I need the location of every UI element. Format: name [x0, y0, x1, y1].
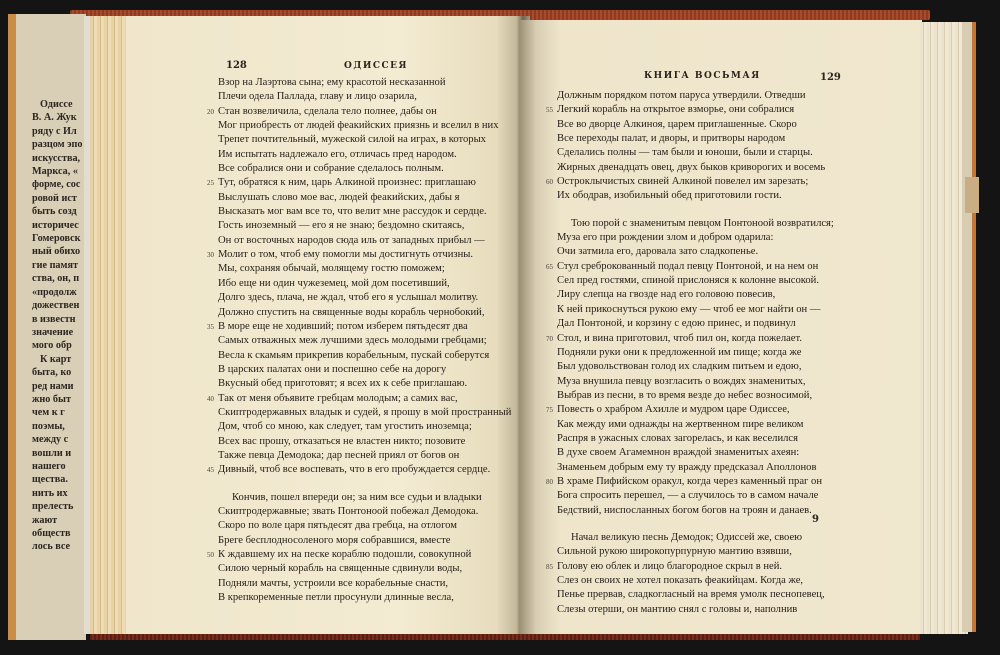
- verse-line: Бога спросить перешел, — а случилось то …: [557, 489, 834, 503]
- verse-line: Как между ими однажды на жертвенном пире…: [557, 418, 834, 432]
- verse-line: Мы, сохраняя обычай, молящему гостю помо…: [218, 262, 511, 276]
- verse-text: Был удовольствован голод их сладким пить…: [557, 361, 802, 372]
- jacket-line: мого обр: [32, 339, 82, 352]
- verse-line: Мог приобресть от людей феакийских прияз…: [218, 119, 511, 133]
- verse-line: Выбрав из песни, в то время везде до неб…: [557, 389, 834, 403]
- line-number: 85: [539, 560, 553, 574]
- verse-text: Стан возвеличила, сделала тело полнее, д…: [218, 106, 437, 117]
- verse-line: Их ободрав, изобильный обед приготовили …: [557, 189, 834, 203]
- verse-line: 75Повесть о храбром Ахилле и мудром царе…: [557, 403, 834, 417]
- verse-line: Самых отважных меж лучшими здесь молодым…: [218, 334, 511, 348]
- verse-line: Скоро по воле царя пятьдесят два гребца,…: [218, 519, 511, 533]
- jacket-line: обществ: [32, 527, 82, 540]
- verse-text: Скоро по воле царя пятьдесят два гребца,…: [218, 520, 457, 531]
- verse-line: Все собралися они и собрание сделалось п…: [218, 162, 511, 176]
- jacket-line: Гомеровск: [32, 232, 82, 245]
- jacket-line: значение: [32, 326, 82, 339]
- verse-line: 65Стул среброкованный подал певцу Понтон…: [557, 260, 834, 274]
- verse-text: Вкусный обед приготовят; я всех их к себ…: [218, 378, 467, 389]
- jacket-line: ства, он, п: [32, 272, 82, 285]
- verse-text: Жирных двенадцать овец, двух быков криво…: [557, 162, 825, 173]
- verse-text: Весла к скамьям прикрепив корабельным, п…: [218, 350, 489, 361]
- jacket-line: дожествен: [32, 299, 82, 312]
- verse-line: Гость иноземный — его я не знаю; бездомн…: [218, 219, 511, 233]
- verse-text: Кончив, пошел впереди он; за ним все суд…: [218, 492, 482, 503]
- verse-line: 80В храме Пифийском оракул, когда через …: [557, 475, 834, 489]
- verse-text: Сильной рукою широкопурпурную мантию взя…: [557, 546, 792, 557]
- verse-text: Дал Понтоной, и корзину с едою принес, и…: [557, 318, 796, 329]
- verse-line: Начал великую песнь Демодок; Одиссей же,…: [557, 531, 834, 545]
- verse-line: Слез он своих не хотел показать феакийца…: [557, 574, 834, 588]
- verse-line: Был удовольствован голод их сладким пить…: [557, 360, 834, 374]
- verse-line: Подняли руки они к предложенной им пище;…: [557, 346, 834, 360]
- verse-line: Взор на Лаэртова сына; ему красотой неск…: [218, 76, 511, 90]
- verse-text: Слезы отерши, он мантию снял с головы и,…: [557, 604, 797, 615]
- verse-line: Тою порой с знаменитым певцом Понтоноой …: [557, 217, 834, 231]
- verse-text: Очи затмила его, даровала зато сладкопен…: [557, 246, 758, 257]
- verse-text: Бедствий, ниспосланных богом богов на тр…: [557, 505, 812, 516]
- open-book-scan: ОдиссеВ. А. Жукряду с Илразцом эпоискусс…: [0, 0, 1000, 655]
- jacket-line: вошли и: [32, 447, 82, 460]
- verse-text: В храме Пифийском оракул, когда через ка…: [557, 476, 822, 487]
- jacket-line: ред нами: [32, 380, 82, 393]
- verse-line: В духе своем Агамемнон враждой знамениты…: [557, 446, 834, 460]
- verse-line: 45Дивный, чтоб все воспевать, что в его …: [218, 463, 511, 477]
- verse-line: Весла к скамьям прикрепив корабельным, п…: [218, 349, 511, 363]
- verse-line: Дом, чтоб со мною, как следует, там угос…: [218, 420, 511, 434]
- verse-line: Силою черный корабль на священные сдвину…: [218, 562, 511, 576]
- left-page: 128 ОДИССЕЯ Взор на Лаэртова сына; ему к…: [126, 16, 520, 634]
- verse-text: Дом, чтоб со мною, как следует, там угос…: [218, 421, 472, 432]
- verse-line: Высказать мог вам все то, что велит мне …: [218, 205, 511, 219]
- verse-line: 70Стол, и вина приготовил, чтоб пил он, …: [557, 332, 834, 346]
- left-page-text: Взор на Лаэртова сына; ему красотой неск…: [218, 76, 511, 605]
- verse-text: Трепет почтительный, мужеской силой на и…: [218, 134, 486, 145]
- verse-text: Высказать мог вам все то, что велит мне …: [218, 206, 487, 217]
- line-number: 50: [200, 548, 214, 562]
- jacket-line: ровой ист: [32, 192, 82, 205]
- jacket-line: между с: [32, 433, 82, 446]
- verse-text: Всех вас прошу, отказаться не властен ни…: [218, 436, 465, 447]
- verse-text: Также певца Демодока; дар песней приял о…: [218, 450, 459, 461]
- verse-line: К ней прикоснуться рукою ему — чтоб ее м…: [557, 303, 834, 317]
- verse-line: Распря в ужасных словах загорелась, и ка…: [557, 432, 834, 446]
- jacket-line: быть созд: [32, 205, 82, 218]
- dust-jacket-flap-text: ОдиссеВ. А. Жукряду с Илразцом эпоискусс…: [32, 98, 82, 554]
- verse-text: Распря в ужасных словах загорелась, и ка…: [557, 433, 798, 444]
- page-number-right: 129: [820, 72, 841, 83]
- verse-line: Все во дворце Алкиноя, царем приглашенны…: [557, 118, 834, 132]
- verse-line: Вкусный обед приготовят; я всех их к себ…: [218, 377, 511, 391]
- line-number: 65: [539, 260, 553, 274]
- line-number: 40: [200, 392, 214, 406]
- verse-text: Повесть о храбром Ахилле и мудром царе О…: [557, 404, 790, 415]
- verse-line: Выслушать слово мое вас, людей феакийски…: [218, 191, 511, 205]
- verse-line: Сел пред гостями, спиной прислоняся к ко…: [557, 274, 834, 288]
- jacket-line: щества.: [32, 473, 82, 486]
- verse-text: В море еще не ходивший; потом изберем пя…: [218, 321, 468, 332]
- line-number: 70: [539, 332, 553, 346]
- jacket-line: ряду с Ил: [32, 125, 82, 138]
- jacket-line: лось все: [32, 540, 82, 553]
- verse-text: Знаменьем добрым ему ту вражду предсказа…: [557, 462, 816, 473]
- verse-line: Муза его при рождении злом и добром одар…: [557, 231, 834, 245]
- jacket-line: историчес: [32, 219, 82, 232]
- line-number: 60: [539, 175, 553, 189]
- verse-line: Муза внушила певцу возгласить о вождях з…: [557, 375, 834, 389]
- verse-text: Самых отважных меж лучшими здесь молодым…: [218, 335, 487, 346]
- verse-line: 50К ждавшему их на песке кораблю подошли…: [218, 548, 511, 562]
- verse-text: Должным порядком потом паруса утвердили.…: [557, 90, 806, 101]
- line-number: 80: [539, 475, 553, 489]
- verse-line: 40Так от меня объявите гребцам молодым; …: [218, 392, 511, 406]
- verse-line: Бедствий, ниспосланных богом богов на тр…: [557, 504, 834, 518]
- jacket-line: прелесть: [32, 500, 82, 513]
- verse-text: Плечи одела Паллада, главу и лицо озарил…: [218, 91, 417, 102]
- verse-text: Как между ими однажды на жертвенном пире…: [557, 419, 804, 430]
- line-number: 45: [200, 463, 214, 477]
- verse-line: Скиптродержавные; звать Понтоноой побежа…: [218, 505, 511, 519]
- verse-line: Сильной рукою широкопурпурную мантию взя…: [557, 545, 834, 559]
- verse-text: Дивный, чтоб все воспевать, что в его пр…: [218, 464, 490, 475]
- verse-line: Он от восточных народов сюда иль от запа…: [218, 234, 511, 248]
- jacket-line: жно быт: [32, 393, 82, 406]
- verse-line: Трепет почтительный, мужеской силой на и…: [218, 133, 511, 147]
- jacket-line: быта, ко: [32, 366, 82, 379]
- jacket-line: нашего: [32, 460, 82, 473]
- verse-line: Бреге бесплодносоленого моря собравшися,…: [218, 534, 511, 548]
- jacket-line: «продолж: [32, 286, 82, 299]
- verse-line: Дал Понтоной, и корзину с едою принес, и…: [557, 317, 834, 331]
- verse-line: Сделались полны — там были и юноши, были…: [557, 146, 834, 160]
- verse-text: Мы, сохраняя обычай, молящему гостю помо…: [218, 263, 445, 274]
- verse-text: Их ободрав, изобильный обед приготовили …: [557, 190, 782, 201]
- jacket-line: ный обихо: [32, 245, 82, 258]
- verse-line: В царских палатах они и поспешно себе на…: [218, 363, 511, 377]
- jacket-line: поэмы,: [32, 420, 82, 433]
- running-head-left: ОДИССЕЯ: [344, 61, 408, 71]
- verse-text: Слез он своих не хотел показать феакийца…: [557, 575, 803, 586]
- right-page: КНИГА ВОСЬМАЯ 129 Должным порядком потом…: [520, 20, 922, 634]
- verse-text: Все во дворце Алкиноя, царем приглашенны…: [557, 119, 797, 130]
- verse-text: Сел пред гостями, спиной прислоняся к ко…: [557, 275, 819, 286]
- jacket-line: в известн: [32, 313, 82, 326]
- verse-text: Он от восточных народов сюда иль от запа…: [218, 235, 485, 246]
- jacket-line: В. А. Жук: [32, 111, 82, 124]
- line-number: 20: [200, 105, 214, 119]
- verse-text: Так от меня объявите гребцам молодым; а …: [218, 393, 458, 404]
- page-number-left: 128: [226, 60, 247, 71]
- verse-line: 25Тут, обратяся к ним, царь Алкиной прои…: [218, 176, 511, 190]
- verse-line: Очи затмила его, даровала зато сладкопен…: [557, 245, 834, 259]
- verse-text: Бога спросить перешел, — а случилось то …: [557, 490, 818, 501]
- verse-text: Им испытать надлежало его, отличась пред…: [218, 149, 457, 160]
- verse-text: Стул среброкованный подал певцу Понтоной…: [557, 261, 818, 272]
- verse-text: Все собралися они и собрание сделалось п…: [218, 163, 444, 174]
- verse-text: Остроклычистых свиней Алкиной повелел им…: [557, 176, 808, 187]
- verse-line: Должно спустить на священные воды корабл…: [218, 306, 511, 320]
- verse-line: Всех вас прошу, отказаться не властен ни…: [218, 435, 511, 449]
- verse-text: Должно спустить на священные воды корабл…: [218, 307, 485, 318]
- jacket-line: форме, сос: [32, 178, 82, 191]
- verse-line: Подняли мачты, устроили все корабельные …: [218, 577, 511, 591]
- verse-text: Голову ею облек и лицо благородное скрыл…: [557, 561, 782, 572]
- verse-line: Им испытать надлежало его, отличась пред…: [218, 148, 511, 162]
- verse-text: Начал великую песнь Демодок; Одиссей же,…: [557, 532, 802, 543]
- verse-line: Долго здесь, плача, не ждал, чтоб его я …: [218, 291, 511, 305]
- page-tab-marker: [965, 177, 979, 213]
- running-head-right: КНИГА ВОСЬМАЯ: [644, 71, 761, 81]
- jacket-line: К карт: [32, 353, 82, 366]
- jacket-line: чем к г: [32, 406, 82, 419]
- verse-text: Бреге бесплодносоленого моря собравшися,…: [218, 535, 450, 546]
- signature-mark: 9: [812, 514, 819, 525]
- line-number: 35: [200, 320, 214, 334]
- verse-text: Сделались полны — там были и юноши, были…: [557, 147, 813, 158]
- verse-text: Муза внушила певцу возгласить о вождях з…: [557, 376, 806, 387]
- verse-line: Скиптродержавных владык и судей, я прошу…: [218, 406, 511, 420]
- verse-line: 55Легкий корабль на открытое взморье, он…: [557, 103, 834, 117]
- verse-text: В царских палатах они и поспешно себе на…: [218, 364, 446, 375]
- verse-line: Все переходы палат, и дворы, и притворы …: [557, 132, 834, 146]
- line-number: 75: [539, 403, 553, 417]
- verse-text: Тою порой с знаменитым певцом Понтоноой …: [557, 218, 834, 229]
- verse-line: Должным порядком потом паруса утвердили.…: [557, 89, 834, 103]
- verse-text: Силою черный корабль на священные сдвину…: [218, 563, 462, 574]
- jacket-line: Маркса, «: [32, 165, 82, 178]
- verse-text: Выслушать слово мое вас, людей феакийски…: [218, 192, 460, 203]
- page-edges-right: [920, 22, 968, 634]
- verse-text: Подняли мачты, устроили все корабельные …: [218, 578, 448, 589]
- verse-line: Слезы отерши, он мантию снял с головы и,…: [557, 603, 834, 617]
- verse-line: 60Остроклычистых свиней Алкиной повелел …: [557, 175, 834, 189]
- verse-line: 85Голову ею облек и лицо благородное скр…: [557, 560, 834, 574]
- verse-text: Скиптродержавных владык и судей, я прошу…: [218, 407, 511, 418]
- verse-line: В крепкоременные петли просунули длинные…: [218, 591, 511, 605]
- verse-text: Мог приобресть от людей феакийских прияз…: [218, 120, 499, 131]
- verse-text: Муза его при рождении злом и добром одар…: [557, 232, 773, 243]
- verse-line: Плечи одела Паллада, главу и лицо озарил…: [218, 90, 511, 104]
- verse-line: Кончив, пошел впереди он; за ним все суд…: [218, 491, 511, 505]
- verse-text: Все переходы палат, и дворы, и притворы …: [557, 133, 785, 144]
- verse-line: 30Молит о том, чтоб ему помогли мы дости…: [218, 248, 511, 262]
- verse-text: Гость иноземный — его я не знаю; бездомн…: [218, 220, 464, 231]
- verse-text: Взор на Лаэртова сына; ему красотой неск…: [218, 77, 446, 88]
- verse-line: Также певца Демодока; дар песней приял о…: [218, 449, 511, 463]
- jacket-line: Одиссе: [32, 98, 82, 111]
- jacket-line: гие памят: [32, 259, 82, 272]
- verse-line: Пенье прервав, сладкогласный на время ум…: [557, 588, 834, 602]
- verse-text: Ибо еще ни один чужеземец, мой дом посет…: [218, 278, 450, 289]
- verse-text: Выбрав из песни, в то время везде до неб…: [557, 390, 812, 401]
- verse-text: Скиптродержавные; звать Понтоноой побежа…: [218, 506, 478, 517]
- jacket-line: жают: [32, 514, 82, 527]
- verse-text: Легкий корабль на открытое взморье, они …: [557, 104, 794, 115]
- verse-text: Подняли руки они к предложенной им пище;…: [557, 347, 801, 358]
- verse-line: 35В море еще не ходивший; потом изберем …: [218, 320, 511, 334]
- verse-text: Долго здесь, плача, не ждал, чтоб его я …: [218, 292, 478, 303]
- verse-line: 20Стан возвеличила, сделала тело полнее,…: [218, 105, 511, 119]
- verse-line: Жирных двенадцать овец, двух быков криво…: [557, 161, 834, 175]
- jacket-line: разцом эпо: [32, 138, 82, 151]
- verse-text: Тут, обратяся к ним, царь Алкиной произн…: [218, 177, 476, 188]
- verse-line: Лиру слепца на гвозде над его головою по…: [557, 288, 834, 302]
- verse-text: В духе своем Агамемнон враждой знамениты…: [557, 447, 799, 458]
- verse-line: Знаменьем добрым ему ту вражду предсказа…: [557, 461, 834, 475]
- verse-text: Молит о том, чтоб ему помогли мы достигн…: [218, 249, 473, 260]
- verse-text: Стол, и вина приготовил, чтоб пил он, ко…: [557, 333, 802, 344]
- verse-text: Лиру слепца на гвозде над его головою по…: [557, 289, 775, 300]
- jacket-line: искусства,: [32, 152, 82, 165]
- right-page-text: Должным порядком потом паруса утвердили.…: [557, 89, 834, 617]
- line-number: 55: [539, 103, 553, 117]
- verse-text: Пенье прервав, сладкогласный на время ум…: [557, 589, 825, 600]
- verse-text: К ней прикоснуться рукою ему — чтоб ее м…: [557, 304, 820, 315]
- verse-line: Ибо еще ни один чужеземец, мой дом посет…: [218, 277, 511, 291]
- verse-text: В крепкоременные петли просунули длинные…: [218, 592, 454, 603]
- verse-text: К ждавшему их на песке кораблю подошли, …: [218, 549, 471, 560]
- line-number: 30: [200, 248, 214, 262]
- jacket-line: нить их: [32, 487, 82, 500]
- line-number: 25: [200, 176, 214, 190]
- dust-jacket-flap-right: [962, 22, 976, 632]
